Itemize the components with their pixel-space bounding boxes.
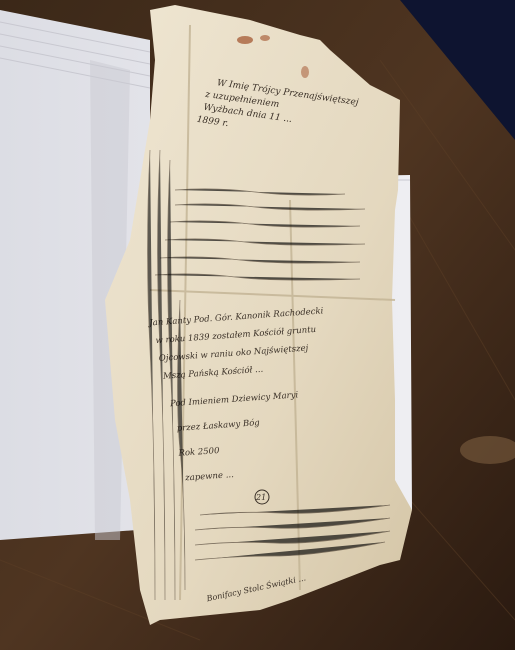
stain <box>237 36 253 44</box>
circled-number-label: 21 <box>255 493 266 502</box>
photo-scene: W Imię Trójcy Przenajświętszej z uzupełn… <box>0 0 515 650</box>
photo-illustration: W Imię Trójcy Przenajświętszej z uzupełn… <box>0 0 515 650</box>
